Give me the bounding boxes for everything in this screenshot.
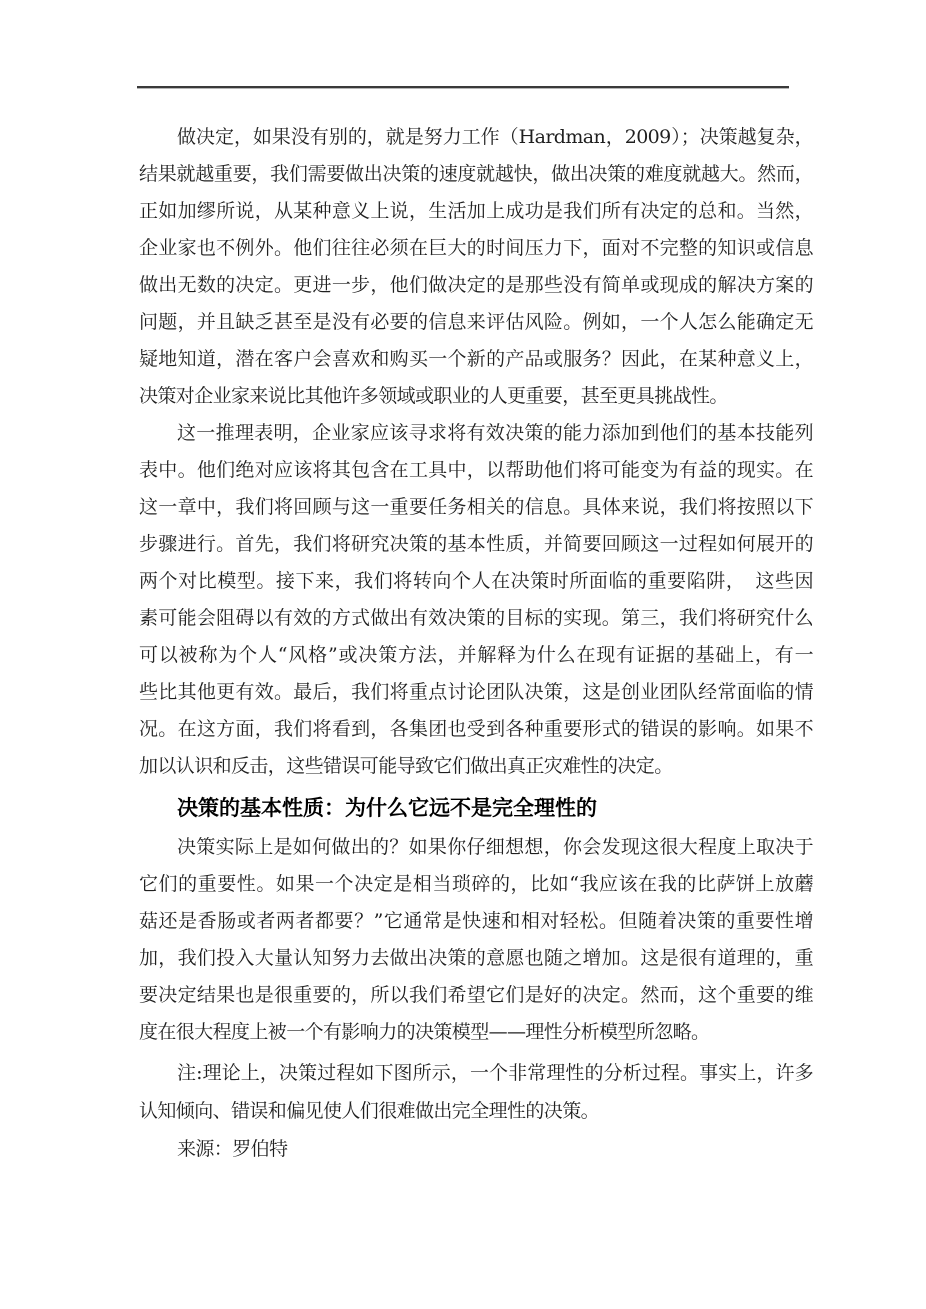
body-paragraph: 决策实际上是如何做出的？如果你仔细想想，你会发现这很大程度上取决于它们的重要性。… [139,829,813,1051]
text-line: 决策对企业家来说比其他许多领域或职业的人更重要，甚至更具挑战性。 [139,378,813,415]
text-line: 要决定结果也是很重要的，所以我们希望它们是好的决定。然而，这个重要的维 [139,977,813,1014]
text-line: 结果就越重要，我们需要做出决策的速度就越快，做出决策的难度就越大。然而， [139,156,813,193]
text-line: 况。在这方面，我们将看到，各集团也受到各种重要形式的错误的影响。如果不 [139,711,813,748]
text-line: 做出无数的决定。更进一步，他们做决定的是那些没有简单或现成的解决方案的 [139,267,813,304]
note-paragraph: 注:理论上，决策过程如下图所示，一个非常理性的分析过程。事实上，许多认知倾向、错… [139,1054,813,1130]
text-line: 认知倾向、错误和偏见使人们很难做出完全理性的决策。 [139,1092,813,1130]
text-line: 两个对比模型。接下来，我们将转向个人在决策时所面临的重要陷阱， 这些因 [139,563,813,600]
text-line: 问题，并且缺乏甚至是没有必要的信息来评估风险。例如，一个人怎么能确定无 [139,304,813,341]
text-line: 来源：罗伯特 [139,1130,813,1168]
text-line: 企业家也不例外。他们往往必须在巨大的时间压力下，面对不完整的知识或信息 [139,230,813,267]
text-line: 菇还是香肠或者两者都要？”它通常是快速和相对轻松。但随着决策的重要性增 [139,903,813,940]
text-line: 表中。他们绝对应该将其包含在工具中，以帮助他们将可能变为有益的现实。在 [139,452,813,489]
text-line: 正如加缪所说，从某种意义上说，生活加上成功是我们所有决定的总和。当然， [139,193,813,230]
section-heading: 决策的基本性质：为什么它远不是完全理性的 [139,789,813,827]
text-line: 步骤进行。首先，我们将研究决策的基本性质，并简要回顾这一过程如何展开的 [139,526,813,563]
text-line: 加，我们投入大量认知努力去做出决策的意愿也随之增加。这是很有道理的，重 [139,940,813,977]
text-line: 些比其他更有效。最后，我们将重点讨论团队决策，这是创业团队经常面临的情 [139,674,813,711]
text-line: 注:理论上，决策过程如下图所示，一个非常理性的分析过程。事实上，许多 [139,1054,813,1092]
source-line: 来源：罗伯特 [139,1130,813,1168]
header-rule [137,86,789,89]
document-body: 做决定，如果没有别的，就是努力工作（Hardman，2009）；决策越复杂，结果… [139,119,813,1168]
document-page: 做决定，如果没有别的，就是努力工作（Hardman，2009）；决策越复杂，结果… [0,0,926,1309]
text-line: 这一推理表明，企业家应该寻求将有效决策的能力添加到他们的基本技能列 [139,415,813,452]
text-line: 度在很大程度上被一个有影响力的决策模型——理性分析模型所忽略。 [139,1014,813,1051]
body-paragraph: 这一推理表明，企业家应该寻求将有效决策的能力添加到他们的基本技能列表中。他们绝对… [139,415,813,785]
text-line: 疑地知道，潜在客户会喜欢和购买一个新的产品或服务？因此，在某种意义上， [139,341,813,378]
text-line: 可以被称为个人“风格”或决策方法，并解释为什么在现有证据的基础上，有一 [139,637,813,674]
text-line: 素可能会阻碍以有效的方式做出有效决策的目标的实现。第三，我们将研究什么 [139,600,813,637]
text-line: 这一章中，我们将回顾与这一重要任务相关的信息。具体来说，我们将按照以下 [139,489,813,526]
text-line: 加以认识和反击，这些错误可能导致它们做出真正灾难性的决定。 [139,748,813,785]
text-line: 它们的重要性。如果一个决定是相当琐碎的，比如“我应该在我的比萨饼上放蘑 [139,866,813,903]
text-line: 决策实际上是如何做出的？如果你仔细想想，你会发现这很大程度上取决于 [139,829,813,866]
body-paragraph: 做决定，如果没有别的，就是努力工作（Hardman，2009）；决策越复杂，结果… [139,119,813,415]
text-line: 做决定，如果没有别的，就是努力工作（Hardman，2009）；决策越复杂， [139,119,813,156]
